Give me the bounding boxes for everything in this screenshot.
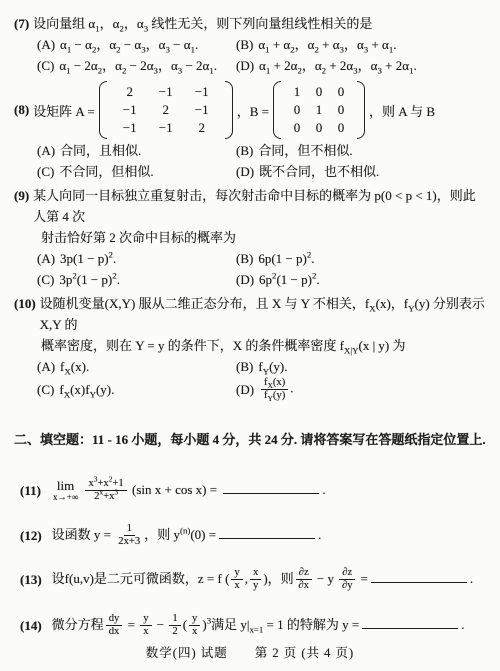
q7-option-c: (C) α1 − 2α2，α2 − 2α3，α3 − 2α1. bbox=[37, 55, 232, 76]
option-formula: fX(x)fY(y). bbox=[59, 379, 114, 400]
option-label: (A) bbox=[37, 140, 55, 161]
matrix-a: 2−1−1−12−1−1−12 bbox=[99, 81, 233, 139]
question-number: (13) bbox=[20, 568, 42, 592]
q9-option-d: (D) 6p2(1 − p)2. bbox=[236, 269, 486, 290]
matrix-cell: 2 bbox=[148, 102, 184, 118]
question-8-stem-row: (8) 设矩阵 A = 2−1−1−12−1−1−12 ，B = 1000100… bbox=[14, 80, 486, 140]
matrix-cell: −1 bbox=[148, 84, 184, 100]
stem-suffix: ，则 A 与 B bbox=[369, 101, 435, 120]
q7-option-d: (D) α1 + 2α2，α2 + 2α3，α3 + 2α1. bbox=[236, 55, 486, 76]
page-footer: 数学(四) 试题 第 2 页 (共 4 页) bbox=[0, 643, 500, 661]
question-10-options: (A) fX(x). (B) fY(y). (C) fX(x)fY(y). (D… bbox=[37, 356, 486, 403]
question-9-options: (A) 3p(1 − p)2. (B) 6p(1 − p)2. (C) 3p2(… bbox=[37, 248, 486, 290]
option-label: (C) bbox=[37, 161, 54, 182]
option-label: (D) bbox=[236, 55, 254, 76]
answer-blank bbox=[219, 536, 315, 539]
matrix-cell: 1 bbox=[286, 84, 308, 100]
answer-blank bbox=[371, 580, 467, 583]
question-9-stem-row: (9) 某人向同一目标独立重复射击，每次射击命中目标的概率为 p(0 < p <… bbox=[14, 185, 486, 227]
option-formula: fX(x). bbox=[60, 356, 89, 377]
question-number: (7) bbox=[14, 13, 29, 34]
q7-option-b: (B) α1 + α2，α2 + α3，α3 + α1. bbox=[236, 34, 486, 55]
option-formula: α1 + α2，α2 + α3，α3 + α1. bbox=[258, 34, 396, 55]
question-stem-line1: 某人向同一目标独立重复射击，每次射击命中目标的概率为 p(0 < p < 1)，… bbox=[33, 185, 486, 227]
question-number: (9) bbox=[14, 185, 29, 206]
question-number: (12) bbox=[20, 524, 42, 548]
option-formula: 6p(1 − p)2. bbox=[258, 248, 314, 269]
q8-option-d: (D) 既不合同，也不相似. bbox=[236, 161, 486, 182]
option-text: 合同，且相似. bbox=[60, 140, 141, 161]
q8-option-b: (B) 合同，但不相似. bbox=[236, 140, 486, 161]
question-number: (11) bbox=[20, 479, 41, 503]
q9-option-c: (C) 3p2(1 − p)2. bbox=[37, 269, 232, 290]
matrix-cell: 0 bbox=[286, 120, 308, 136]
option-text: 既不合同，也不相似. bbox=[259, 161, 379, 182]
q10-option-d: (D) fX(x)fY(y). bbox=[236, 377, 486, 403]
option-label: (A) bbox=[37, 248, 55, 269]
question-10: (10) 设随机变量(X,Y) 服从二维正态分布，且 X 与 Y 不相关，fX(… bbox=[14, 293, 486, 403]
matrix-cell: 2 bbox=[112, 84, 148, 100]
question-formula: 微分方程dydx = yx − 12(yx)3满足 y|x=1 = 1 的特解为… bbox=[52, 613, 465, 639]
question-stem-line2: 射击恰好第 2 次命中目标的概率为 bbox=[41, 227, 486, 248]
question-7-stem-row: (7) 设向量组 α1，α2，α3 线性无关，则下列向量组线性相关的是 bbox=[14, 13, 486, 34]
matrix-cell: 0 bbox=[330, 84, 352, 100]
question-formula: 设f(u,v)是二元可微函数，z = f (yx,xy)，则∂z∂x − y ∂… bbox=[52, 567, 473, 593]
option-label: (C) bbox=[37, 55, 54, 76]
question-8-options: (A) 合同，且相似. (B) 合同，但不相似. (C) 不合同，但相似. (D… bbox=[37, 140, 486, 182]
matrix-paren-right bbox=[225, 81, 233, 139]
matrix-cell: 2 bbox=[184, 120, 220, 136]
stem-prefix: 设矩阵 A = bbox=[33, 101, 95, 120]
option-formula: 3p(1 − p)2. bbox=[60, 248, 116, 269]
question-11: (11) limx→+∞ x3+x2+12x+x3 (sin x + cos x… bbox=[20, 473, 486, 509]
matrix-paren-left bbox=[273, 81, 281, 139]
option-text: 不合同，但相似. bbox=[59, 161, 153, 182]
question-8: (8) 设矩阵 A = 2−1−1−12−1−1−12 ，B = 1000100… bbox=[14, 80, 486, 182]
option-text: 合同，但不相似. bbox=[258, 140, 352, 161]
option-formula: α1 − 2α2，α2 − 2α3，α3 − 2α1. bbox=[59, 55, 217, 76]
exam-page: (7) 设向量组 α1，α2，α3 线性无关，则下列向量组线性相关的是 (A) … bbox=[0, 0, 500, 671]
matrix-cell: −1 bbox=[184, 102, 220, 118]
question-formula: limx→+∞ x3+x2+12x+x3 (sin x + cos x) = . bbox=[51, 478, 326, 504]
option-label: (A) bbox=[37, 356, 55, 377]
option-formula: α1 + 2α2，α2 + 2α3，α3 + 2α1. bbox=[259, 55, 417, 76]
question-12: (12) 设函数 y = 12x+3，则 y(n)(0) =. bbox=[20, 521, 486, 551]
matrix-cell: 0 bbox=[286, 102, 308, 118]
option-label: (D) bbox=[236, 161, 254, 182]
question-7: (7) 设向量组 α1，α2，α3 线性无关，则下列向量组线性相关的是 (A) … bbox=[14, 13, 486, 76]
option-formula: fY(y). bbox=[258, 356, 287, 377]
option-label: (D) bbox=[236, 379, 254, 400]
q8-option-c: (C) 不合同，但相似. bbox=[37, 161, 232, 182]
q9-option-b: (B) 6p(1 − p)2. bbox=[236, 248, 486, 269]
matrix-cell: −1 bbox=[112, 102, 148, 118]
option-formula: α1 − α2，α2 − α3，α3 − α1. bbox=[60, 34, 198, 55]
question-number: (10) bbox=[14, 293, 36, 314]
option-label: (C) bbox=[37, 379, 54, 400]
matrix-cell: −1 bbox=[112, 120, 148, 136]
matrix-paren-right bbox=[357, 81, 365, 139]
matrix-cell: 0 bbox=[308, 120, 330, 136]
option-label: (B) bbox=[236, 140, 253, 161]
question-stem-line2: 概率密度，则在 Y = y 的条件下，X 的条件概率密度 fX|Y(x | y)… bbox=[41, 335, 486, 356]
q9-option-a: (A) 3p(1 − p)2. bbox=[37, 248, 232, 269]
question-formula: 设函数 y = 12x+3，则 y(n)(0) =. bbox=[52, 523, 322, 549]
answer-blank bbox=[223, 491, 319, 494]
matrix-b: 100010000 bbox=[273, 81, 365, 139]
question-10-stem-row: (10) 设随机变量(X,Y) 服从二维正态分布，且 X 与 Y 不相关，fX(… bbox=[14, 293, 486, 335]
question-stem-line1: 设随机变量(X,Y) 服从二维正态分布，且 X 与 Y 不相关，fX(x)，fY… bbox=[40, 293, 486, 335]
option-formula: fX(x)fY(y). bbox=[259, 377, 293, 403]
option-label: (C) bbox=[37, 269, 54, 290]
option-label: (D) bbox=[236, 269, 254, 290]
q7-option-a: (A) α1 − α2，α2 − α3，α3 − α1. bbox=[37, 34, 232, 55]
matrix-cell: 0 bbox=[330, 102, 352, 118]
matrix-cell: −1 bbox=[148, 120, 184, 136]
q10-option-c: (C) fX(x)fY(y). bbox=[37, 377, 232, 403]
matrix-cell: 0 bbox=[330, 120, 352, 136]
matrix-b-cells: 100010000 bbox=[281, 81, 357, 139]
option-label: (B) bbox=[236, 356, 253, 377]
q10-option-b: (B) fY(y). bbox=[236, 356, 486, 377]
matrix-cell: −1 bbox=[184, 84, 220, 100]
question-7-options: (A) α1 − α2，α2 − α3，α3 − α1. (B) α1 + α2… bbox=[37, 34, 486, 76]
question-13: (13) 设f(u,v)是二元可微函数，z = f (yx,xy)，则∂z∂x … bbox=[20, 563, 486, 597]
question-stem: 设向量组 α1，α2，α3 线性无关，则下列向量组线性相关的是 bbox=[33, 13, 486, 34]
q10-option-a: (A) fX(x). bbox=[37, 356, 232, 377]
matrix-cell: 0 bbox=[308, 84, 330, 100]
option-label: (A) bbox=[37, 34, 55, 55]
matrix-paren-left bbox=[99, 81, 107, 139]
answer-blank bbox=[362, 626, 458, 629]
option-label: (B) bbox=[236, 34, 253, 55]
matrix-cell: 1 bbox=[308, 102, 330, 118]
question-number: (14) bbox=[20, 614, 42, 638]
question-9: (9) 某人向同一目标独立重复射击，每次射击命中目标的概率为 p(0 < p <… bbox=[14, 185, 486, 290]
question-14: (14) 微分方程dydx = yx − 12(yx)3满足 y|x=1 = 1… bbox=[20, 609, 486, 643]
q8-option-a: (A) 合同，且相似. bbox=[37, 140, 232, 161]
section-two-heading: 二、填空题：11 - 16 小题，每小题 4 分，共 24 分. 请将答案写在答… bbox=[14, 429, 486, 451]
option-formula: 6p2(1 − p)2. bbox=[259, 269, 320, 290]
option-formula: 3p2(1 − p)2. bbox=[59, 269, 120, 290]
question-number: (8) bbox=[14, 102, 29, 118]
option-label: (B) bbox=[236, 248, 253, 269]
stem-mid: ，B = bbox=[237, 101, 269, 120]
matrix-a-cells: 2−1−1−12−1−1−12 bbox=[107, 81, 225, 139]
